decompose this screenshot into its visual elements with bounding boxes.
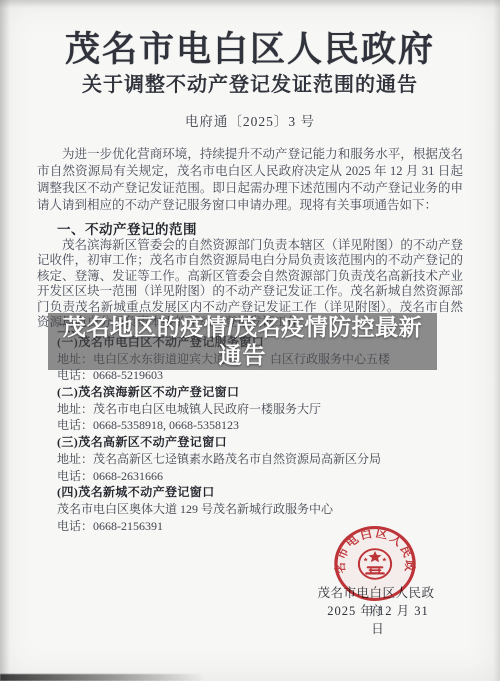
window-2-address: 地址：茂名市电白区电城镇人民政府一楼服务大厅 — [57, 401, 462, 418]
scan-edge-right — [493, 0, 500, 681]
window-3-address: 地址：茂名高新区七迳镇素水路茂名市自然资源局高新区分局 — [57, 451, 462, 468]
caption-line-2: 通告 — [219, 341, 267, 369]
scan-edge-top — [0, 0, 500, 8]
window-3-phone: 电话：0668-2631666 — [57, 468, 462, 485]
notice-subtitle: 关于调整不动产登记发证范围的通告 — [0, 68, 500, 97]
window-4-name: (四)茂名新城不动产登记窗口 — [57, 484, 462, 501]
official-seal: 茂名市电白区人民政府 — [329, 523, 421, 605]
section1-heading: 一、不动产登记的范围 — [57, 218, 197, 238]
scanned-notice-page: 茂名市电白区人民政府 关于调整不动产登记发证范围的通告 电府通〔2025〕3 号… — [0, 0, 500, 681]
window-2-phone: 电话：0668-5358918, 0668-5358123 — [57, 417, 462, 434]
window-4-address: 茂名市电白区奥体大道 129 号茂名新城行政服务中心 — [57, 501, 462, 518]
window-2-name: (二)茂名滨海新区不动产登记窗口 — [57, 384, 462, 401]
caption-line-1: 茂名地区的疫情/茂名疫情防控最新 — [63, 314, 422, 341]
issue-date: 2025 年 12 月 31 日 — [326, 601, 430, 637]
caption-overlay-banner: 茂名地区的疫情/茂名疫情防控最新 通告 — [48, 313, 437, 370]
document-number: 电府通〔2025〕3 号 — [0, 110, 500, 130]
page-title: 茂名市电白区人民政府 — [0, 22, 500, 72]
scan-edge-left — [0, 0, 10, 681]
window-3-name: (三)茂名高新区不动产登记窗口 — [57, 434, 462, 451]
scan-edge-bottom-shadow — [0, 674, 205, 681]
intro-paragraph: 为进一步优化营商环境，持续提升不动产登记能力和服务水平，根据茂名市自然资源局有关… — [37, 146, 463, 214]
